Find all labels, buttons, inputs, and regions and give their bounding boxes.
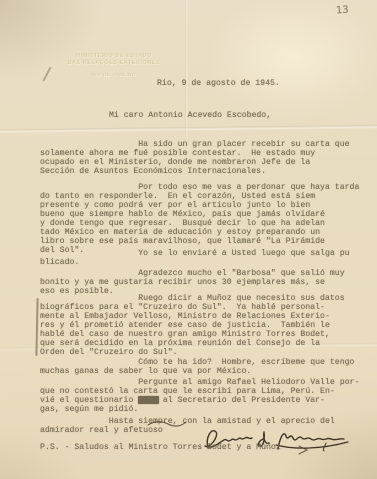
paragraph: Pergunte al amigo Rafael Heliodoro Valle…	[40, 378, 359, 414]
typed-line: hablé del caso de nuestro gran amigo Min…	[40, 330, 345, 339]
typed-line: Ruego dicir a Muñoz que necesito sus dat…	[40, 294, 345, 303]
typed-line: Pergunte al amigo Rafael Heliodoro Valle…	[40, 378, 359, 387]
typed-line: gas, según me pidió.	[40, 405, 359, 414]
typed-line: Agradezco mucho el "Barbosa" que salió m…	[40, 269, 345, 278]
struck-out-word	[138, 396, 159, 404]
typed-line: que será decidido en la próxima reunión …	[40, 339, 345, 348]
letter-body: Ha sido un gran placer recebir su carta …	[40, 0, 370, 479]
typed-line: blicado.	[40, 258, 350, 267]
paragraph: Cómo te ha ido? Hombre, escríbeme que te…	[40, 358, 354, 376]
paragraph: Yo se lo enviaré a Usted luego que salga…	[40, 249, 350, 267]
typed-line: Por todo eso me vas a perdonar que haya …	[40, 183, 359, 192]
scanned-letter-page: 13 MINISTÉRIO DE ESTADO DAS RELAÇÕES EXT…	[0, 0, 377, 479]
typed-line: presente y como podrá ver por el artícul…	[40, 201, 359, 210]
postscript: P.S. - Saludos al Ministro Torres Bodet …	[40, 443, 281, 452]
typed-line: libro sobre ese país maravilhoso, que ll…	[40, 237, 359, 246]
typed-line: bonito y ya me gustaría recibir unos 30 …	[40, 278, 345, 287]
ink-mark	[146, 418, 188, 428]
typed-line: muchas ganas de saber lo que va por Méxi…	[40, 367, 354, 376]
typed-line: Yo se lo enviaré a Usted luego que salga…	[40, 249, 350, 258]
paragraph: Por todo eso me vas a perdonar que haya …	[40, 183, 359, 255]
typed-line: vié el questionario al Secretario del Pr…	[40, 396, 359, 405]
typed-line: do tanto en responderle. En el corazón, …	[40, 192, 359, 201]
typed-line: Sección de Asuntos Económicos Internacio…	[40, 167, 350, 176]
typed-line: bueno que siempre hablo de México, país …	[40, 210, 359, 219]
paragraph: Ha sido un gran placer recebir su carta …	[40, 140, 350, 176]
paragraph: Agradezco mucho el "Barbosa" que salió m…	[40, 269, 345, 296]
typed-line: que no contestó la carta que le escribí …	[40, 387, 359, 396]
paragraph: Ruego dicir a Muñoz que necesito sus dat…	[40, 294, 345, 357]
typed-line: biográficos para el "Cruzeiro do Sul". Y…	[40, 303, 345, 312]
typed-line: mente al Embajador Velloso, Ministro de …	[40, 312, 345, 321]
typed-line: res y él prometió atender ese caso de ju…	[40, 321, 345, 330]
typed-line: ocupado en el Ministerio, donde me nombr…	[40, 158, 350, 167]
typed-line: y donde tengo que regresar. Busqué decir…	[40, 219, 359, 228]
typed-line: Cómo te ha ido? Hombre, escríbeme que te…	[40, 358, 354, 367]
typed-line: Ha sido un gran placer recebir su carta …	[40, 140, 350, 149]
typed-line: solamente ahora me fué posible contestar…	[40, 149, 350, 158]
typed-line: Orden del "Cruzeiro do Sul".	[40, 348, 345, 357]
signature: Renato de Mendonça	[200, 423, 352, 461]
typed-line: tado México en materia de educación y es…	[40, 228, 359, 237]
ink-tick	[296, 444, 310, 456]
